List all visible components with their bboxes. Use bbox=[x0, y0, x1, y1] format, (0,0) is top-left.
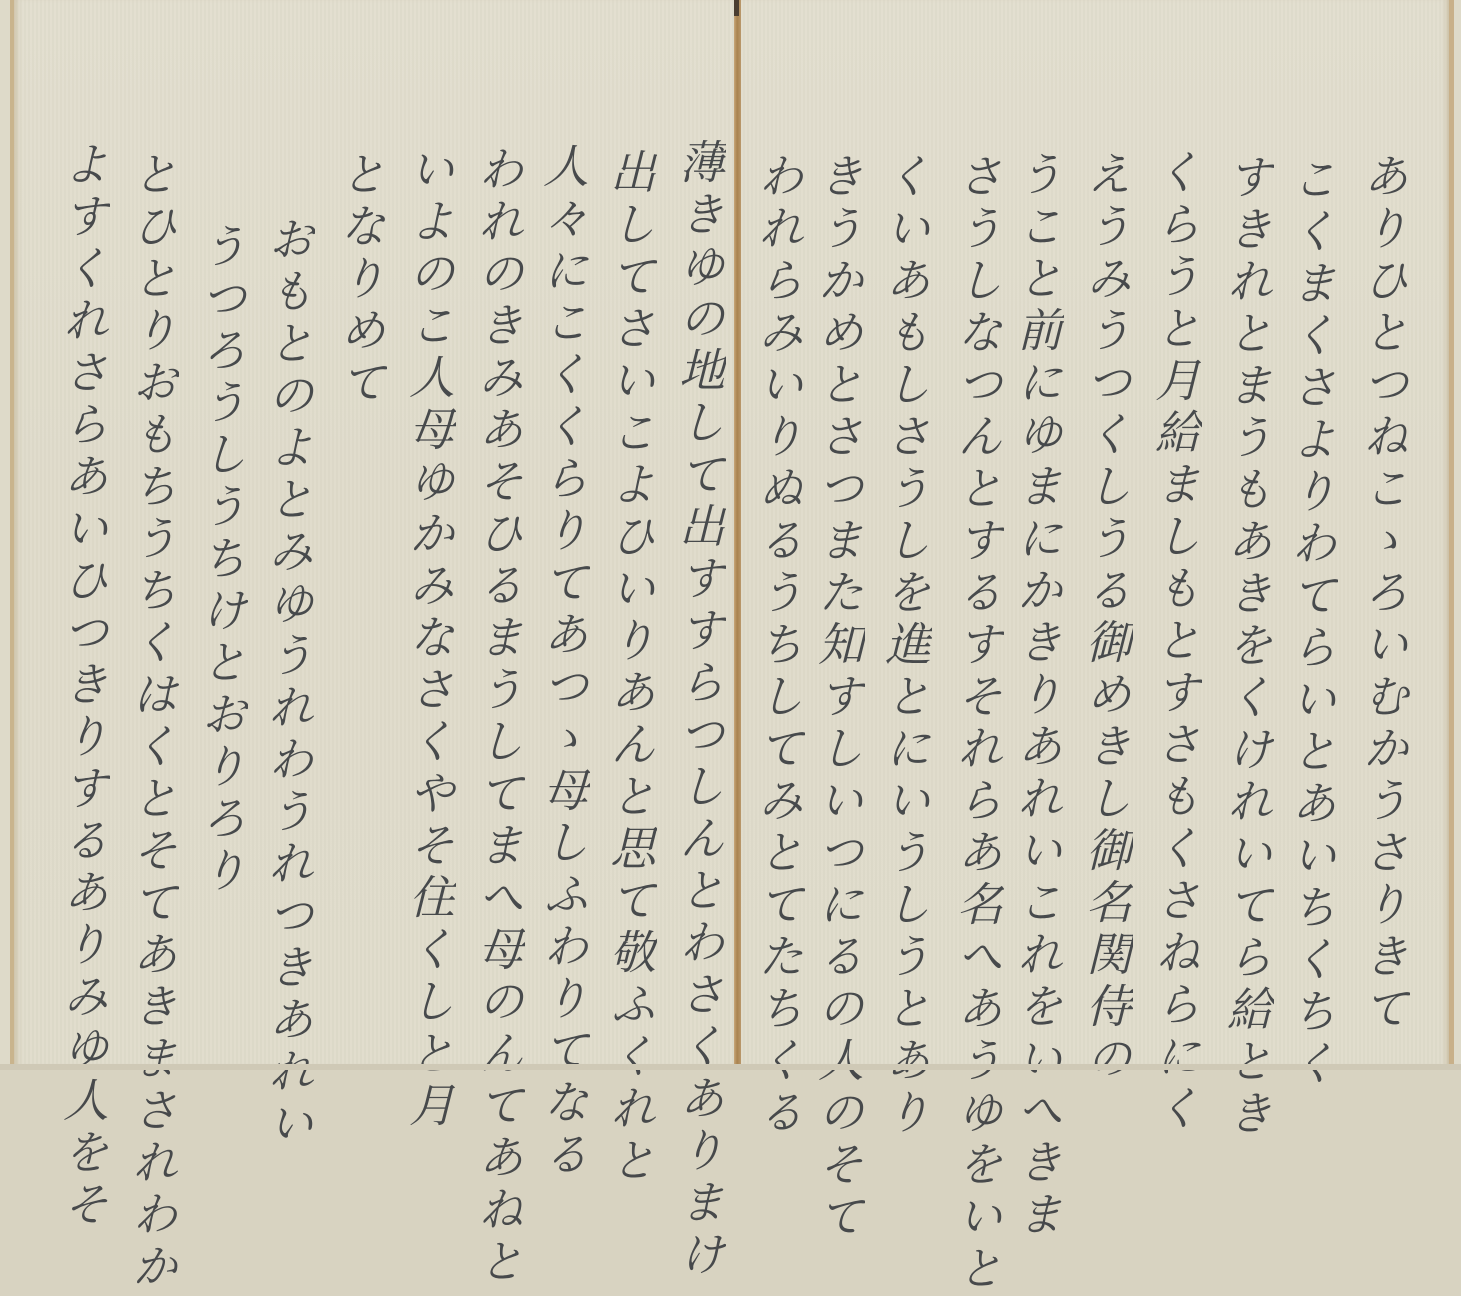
text-column: こくまくさよりわてらいとあいちくちく bbox=[1288, 155, 1334, 1070]
text-column: うこと前にゆまにかきりあれいこれをいへきま bbox=[1014, 150, 1060, 1070]
right-page: ありひとつねこゝろいむかうさりきて こくまくさよりわてらいとあいちくちく すきれ… bbox=[741, 0, 1454, 1066]
text-column: えうみうつくしうる御めきし御名関侍の bbox=[1083, 150, 1129, 1070]
text-column: 人々にこくくらりてあつゝ母しふわりてなる bbox=[540, 142, 586, 1070]
text-column: われのきみあそひるまうしてまへ母のんてあねと bbox=[475, 145, 521, 1070]
manuscript-spread: 薄きゆの地して出すすらつしんとわさくありまけ 出してさいこよひいりあんと思て敬ふ… bbox=[0, 0, 1461, 1070]
text-column: ありひとつねこゝろいむかうさりきて bbox=[1360, 152, 1406, 1036]
text-column: となりめて bbox=[337, 150, 383, 410]
left-page: 薄きゆの地して出すすらつしんとわさくありまけ 出してさいこよひいりあんと思て敬ふ… bbox=[10, 0, 738, 1066]
text-column: 出してさいこよひいりあんと思て敬ふくれと bbox=[607, 148, 653, 1070]
text-column: すきれとまうもあきをくけれいてら給とき bbox=[1224, 153, 1270, 1070]
text-column: おもとのよとみゆうれわうれつきあれい bbox=[265, 215, 311, 1070]
text-column: よすくれさらあいひつきりするありみゆ人をそ bbox=[60, 140, 106, 1070]
text-column: とひとりおもちうちくはくとそてあきまされわか bbox=[129, 150, 175, 1070]
text-column: くいあもしさうしを進とにいうしうとあり bbox=[882, 152, 928, 1070]
binding-thread bbox=[734, 0, 739, 16]
text-column: 薄きゆの地して出すすらつしんとわさくありまけ bbox=[676, 138, 722, 1070]
text-column: さうしなつんとするすそれらあ名へあうゆをいと bbox=[954, 152, 1000, 1070]
page-bottom-edge bbox=[0, 1064, 1461, 1070]
book-gutter bbox=[734, 0, 741, 1070]
text-column: きうかめとさつまた知すしいつにるの人のそて bbox=[815, 152, 861, 1070]
text-column: くらうと月給ましもとすさもくさねらにく bbox=[1152, 148, 1198, 1070]
text-column: うつろうしうちけとおりろり bbox=[198, 222, 244, 898]
text-column: いよのこ人母ゆかみなさくやそ住くしと月 bbox=[406, 145, 452, 1070]
text-column: われらみいりぬるうちしてみとてたちくる bbox=[755, 152, 801, 1070]
